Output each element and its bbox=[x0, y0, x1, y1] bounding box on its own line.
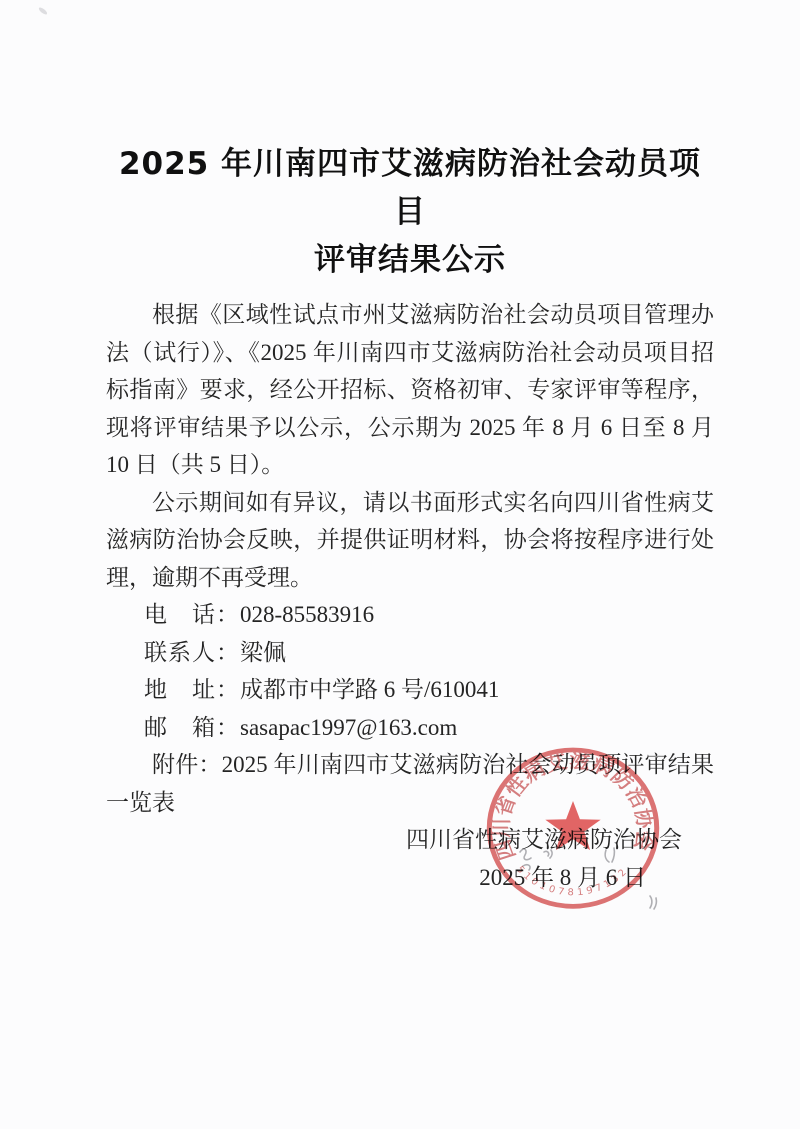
pen-scribble bbox=[650, 896, 656, 909]
scanned-document-page: 2025 年川南四市艾滋病防治社会动员项目 评审结果公示 根据《区域性试点市州艾… bbox=[0, 0, 800, 1129]
email-value: sasapac1997@163.com bbox=[240, 715, 457, 740]
address-value: 成都市中学路 6 号/610041 bbox=[240, 677, 499, 702]
pen-scribble bbox=[544, 850, 552, 858]
title-line-2: 评审结果公示 bbox=[106, 236, 714, 284]
scan-artifact bbox=[38, 6, 48, 15]
paragraph-objection: 公示期间如有异议，请以书面形式实名向四川省性病艾滋病防治协会反映，并提供证明材料… bbox=[106, 484, 714, 597]
pen-scribbles bbox=[482, 744, 682, 934]
phone-label: 电 话： bbox=[144, 602, 240, 627]
contact-address: 地 址：成都市中学路 6 号/610041 bbox=[106, 671, 714, 709]
person-label: 联系人： bbox=[144, 640, 240, 665]
address-label: 地 址： bbox=[144, 677, 240, 702]
phone-value: 028-85583916 bbox=[240, 602, 374, 627]
email-label: 邮 箱： bbox=[144, 715, 240, 740]
title-line-1: 2025 年川南四市艾滋病防治社会动员项目 bbox=[106, 140, 714, 236]
paragraph-basis: 根据《区域性试点市州艾滋病防治社会动员项目管理办法（试行）》、《2025 年川南… bbox=[106, 296, 714, 484]
contact-email: 邮 箱：sasapac1997@163.com bbox=[106, 709, 714, 747]
contact-person: 联系人：梁佩 bbox=[106, 634, 714, 672]
pen-scribble bbox=[605, 848, 614, 862]
contact-phone: 电 话：028-85583916 bbox=[106, 596, 714, 634]
document-title: 2025 年川南四市艾滋病防治社会动员项目 评审结果公示 bbox=[106, 140, 714, 284]
person-value: 梁佩 bbox=[240, 640, 286, 665]
pen-scribble bbox=[520, 849, 531, 870]
